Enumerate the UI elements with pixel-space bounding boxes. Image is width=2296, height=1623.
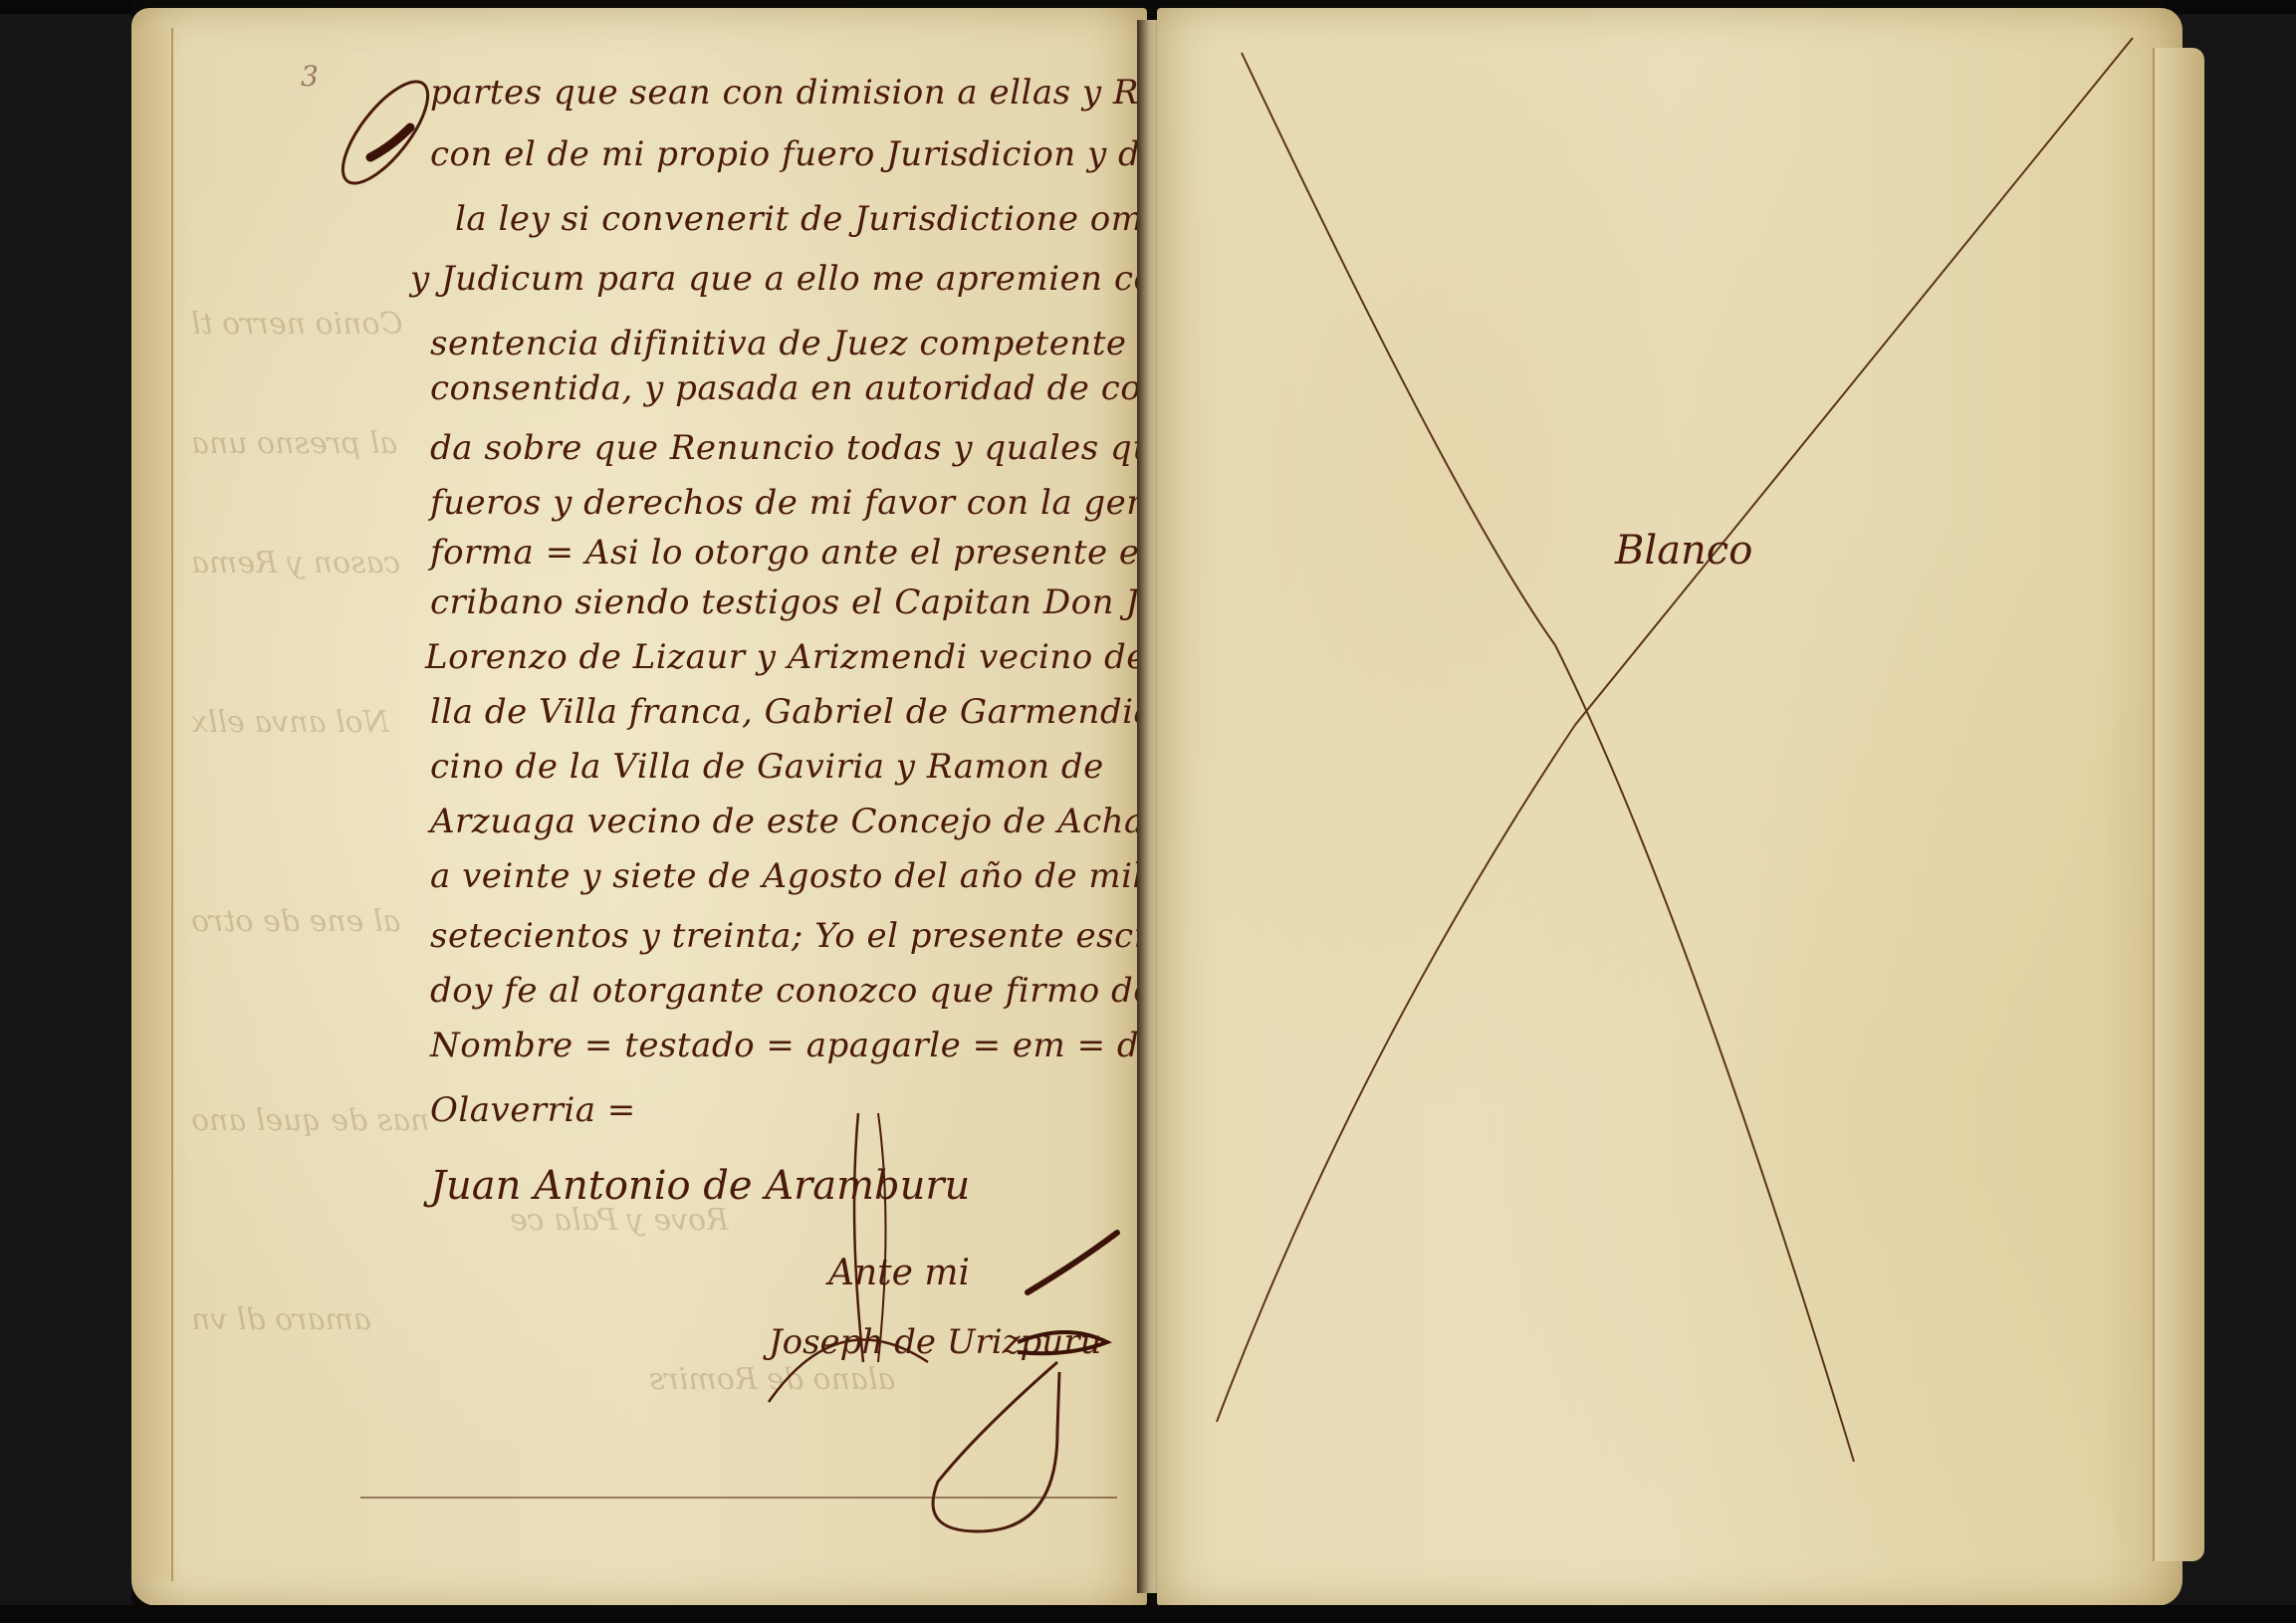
manuscript-line: Olaverria = [430, 1093, 636, 1127]
bleed-through-text: Nol anva ellx [191, 705, 389, 740]
manuscript-line: cribano siendo testigos el Capitan Don J… [430, 585, 1205, 619]
bleed-through-text: nas de quel ano [191, 1103, 429, 1138]
signature-rubric-icon [729, 1103, 1147, 1541]
manuscript-line: cino de la Villa de Gaviria y Ramon de [430, 750, 1104, 784]
ruled-line [360, 1497, 1117, 1499]
cancellation-x-mark-icon [1157, 8, 2182, 1601]
bleed-through-text: Conio nerro tl [191, 307, 403, 342]
bleed-through-text: al ene de otro [191, 904, 400, 939]
bleed-through-text: amaro dl vn [191, 1302, 371, 1337]
bleed-through-text: al presno una [191, 426, 397, 461]
open-book: 3 Conio nerro tl al presno una cason y R… [131, 0, 2163, 1623]
manuscript-line: forma = Asi lo otorgo ante el presente e… [430, 536, 1169, 570]
manuscript-line: lla de Villa franca, Gabriel de Garmendi… [430, 695, 1218, 729]
bleed-through-text: cason y Rema [191, 546, 400, 580]
folio-number: 3 [301, 60, 319, 93]
manuscript-line: la ley si convenerit de Jurisdictione om… [455, 202, 1232, 236]
bottom-background [0, 1605, 2296, 1623]
right-page [1157, 8, 2182, 1606]
manuscript-line: Nombre = testado = apagarle = em = do [430, 1029, 1160, 1062]
manuscript-line: doy fe al otorgante conozco que firmo de [430, 974, 1154, 1008]
manuscript-line: Lorenzo de Lizaur y Arizmendi vecino de … [425, 640, 1250, 674]
left-page: 3 Conio nerro tl al presno una cason y R… [131, 8, 1147, 1606]
blanco-annotation: Blanco [1615, 528, 1752, 574]
manuscript-line: a veinte y siete de Agosto del año de mi… [430, 859, 1144, 893]
manuscript-line: sentencia difinitiva de Juez competente … [430, 327, 1253, 360]
manuscript-line: setecientos y treinta; Yo el presente es… [430, 919, 1248, 953]
left-page-edges [131, 28, 173, 1581]
